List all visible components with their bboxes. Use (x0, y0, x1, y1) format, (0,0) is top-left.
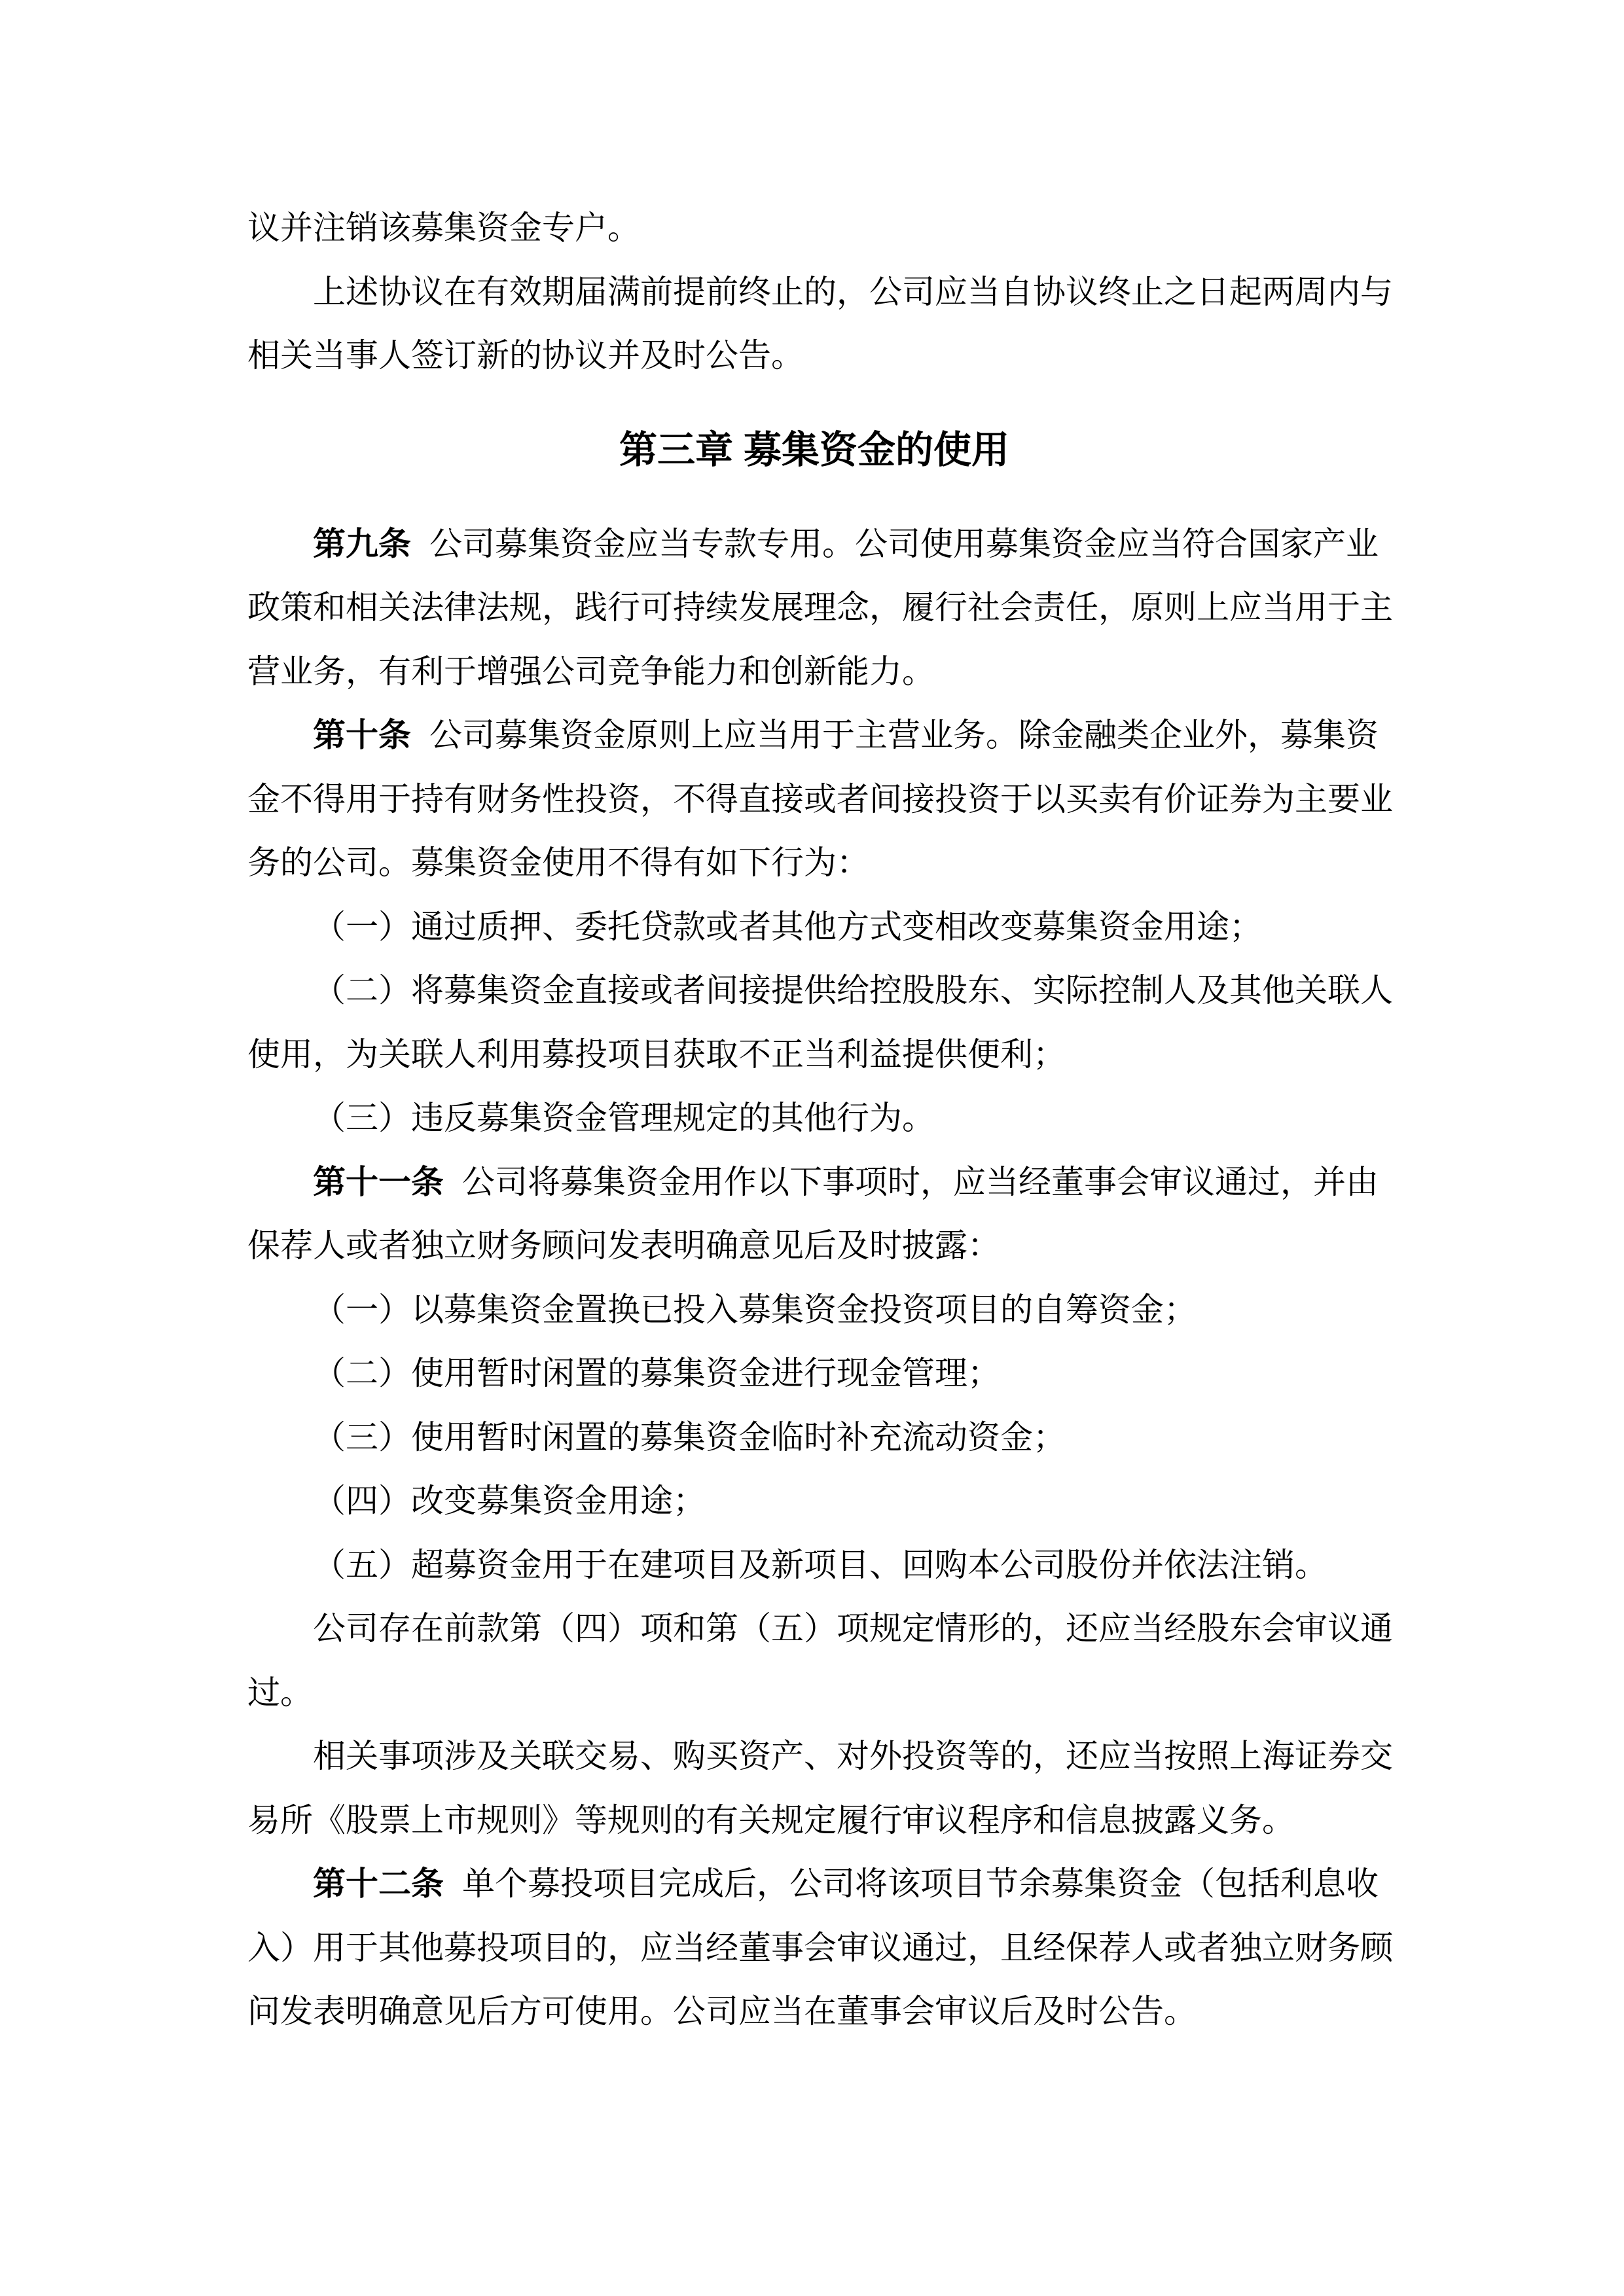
text-line: 务的公司。募集资金使用不得有如下行为： (247, 831, 1381, 895)
text-line: 相关事项涉及关联交易、购买资产、对外投资等的，还应当按照上海证券交 (247, 1725, 1381, 1789)
line-text: （一）以募集资金置换已投入募集资金投资项目的自筹资金； (313, 1291, 1197, 1328)
article-number: 第十一条 (313, 1164, 444, 1200)
line-text: （二）使用暂时闲置的募集资金进行现金管理； (313, 1355, 1000, 1391)
text-line: 相关当事人签订新的协议并及时公告。 (247, 324, 1381, 388)
line-text: 公司将募集资金用作以下事项时，应当经董事会审议通过，并由 (462, 1164, 1379, 1200)
text-line: 第九条公司募集资金应当专款专用。公司使用募集资金应当符合国家产业 (247, 512, 1381, 577)
article-number: 第九条 (313, 526, 411, 562)
text-line: 议并注销该募集资金专户。 (247, 196, 1381, 260)
line-text: 入）用于其他募投项目的，应当经董事会审议通过，且经保荐人或者独立财务顾 (247, 1929, 1393, 1966)
line-text: 问发表明确意见后方可使用。公司应当在董事会审议后及时公告。 (247, 1993, 1197, 2030)
text-line: 公司存在前款第（四）项和第（五）项规定情形的，还应当经股东会审议通 (247, 1597, 1381, 1661)
line-text: 易所《股票上市规则》等规则的有关规定履行审议程序和信息披露义务。 (247, 1802, 1295, 1839)
text-line: 第十二条单个募投项目完成后，公司将该项目节余募集资金（包括利息收 (247, 1852, 1381, 1916)
text-line: 营业务，有利于增强公司竞争能力和创新能力。 (247, 640, 1381, 704)
line-text: （一）通过质押、委托贷款或者其他方式变相改变募集资金用途； (313, 908, 1262, 945)
list-item: （五）超募资金用于在建项目及新项目、回购本公司股份并依法注销。 (247, 1534, 1381, 1598)
line-text: 营业务，有利于增强公司竞争能力和创新能力。 (247, 653, 935, 690)
line-text: 保荐人或者独立财务顾问发表明确意见后及时披露： (247, 1227, 1000, 1264)
text-line: 上述协议在有效期届满前提前终止的，公司应当自协议终止之日起两周内与 (247, 260, 1381, 325)
line-text: 单个募投项目完成后，公司将该项目节余募集资金（包括利息收 (462, 1865, 1379, 1902)
chapter-heading: 第三章 募集资金的使用 (247, 388, 1381, 512)
article-number: 第十二条 (313, 1865, 444, 1902)
text-line: 金不得用于持有财务性投资，不得直接或者间接投资于以买卖有价证券为主要业 (247, 768, 1381, 832)
line-text: （五）超募资金用于在建项目及新项目、回购本公司股份并依法注销。 (313, 1547, 1327, 1583)
line-text: （三）使用暂时闲置的募集资金临时补充流动资金； (313, 1419, 1066, 1456)
document-content: 议并注销该募集资金专户。 上述协议在有效期届满前提前终止的，公司应当自协议终止之… (247, 196, 1381, 2044)
line-text: 相关当事人签订新的协议并及时公告。 (247, 337, 804, 374)
text-line: 入）用于其他募投项目的，应当经董事会审议通过，且经保荐人或者独立财务顾 (247, 1916, 1381, 1981)
line-text: 过。 (247, 1674, 313, 1711)
text-line: 使用，为关联人利用募投项目获取不正当利益提供便利； (247, 1023, 1381, 1087)
line-text: 政策和相关法律法规，践行可持续发展理念，履行社会责任，原则上应当用于主 (247, 589, 1393, 626)
text-line: 过。 (247, 1661, 1381, 1725)
list-item: （二）使用暂时闲置的募集资金进行现金管理； (247, 1342, 1381, 1406)
text-line: 问发表明确意见后方可使用。公司应当在董事会审议后及时公告。 (247, 1980, 1381, 2044)
line-text: 务的公司。募集资金使用不得有如下行为： (247, 844, 869, 881)
article-number: 第十条 (313, 717, 411, 753)
list-item: （三）使用暂时闲置的募集资金临时补充流动资金； (247, 1406, 1381, 1470)
list-item: （二）将募集资金直接或者间接提供给控股股东、实际控制人及其他关联人 (247, 959, 1381, 1023)
text-line: 第十一条公司将募集资金用作以下事项时，应当经董事会审议通过，并由 (247, 1151, 1381, 1215)
line-text: 使用，为关联人利用募投项目获取不正当利益提供便利； (247, 1036, 1066, 1073)
line-text: 公司募集资金应当专款专用。公司使用募集资金应当符合国家产业 (429, 526, 1379, 562)
line-text: 相关事项涉及关联交易、购买资产、对外投资等的，还应当按照上海证券交 (313, 1738, 1393, 1774)
line-text: 公司存在前款第（四）项和第（五）项规定情形的，还应当经股东会审议通 (313, 1610, 1393, 1647)
document-page: 议并注销该募集资金专户。 上述协议在有效期届满前提前终止的，公司应当自协议终止之… (0, 0, 1624, 2296)
list-item: （一）以募集资金置换已投入募集资金投资项目的自筹资金； (247, 1278, 1381, 1342)
list-item: （三）违反募集资金管理规定的其他行为。 (247, 1086, 1381, 1151)
list-item: （一）通过质押、委托贷款或者其他方式变相改变募集资金用途； (247, 895, 1381, 960)
text-line: 第十条公司募集资金原则上应当用于主营业务。除金融类企业外，募集资 (247, 704, 1381, 768)
line-text: （四）改变募集资金用途； (313, 1482, 706, 1519)
list-item: （四）改变募集资金用途； (247, 1469, 1381, 1534)
line-text: 议并注销该募集资金专户。 (247, 209, 640, 246)
line-text: （二）将募集资金直接或者间接提供给控股股东、实际控制人及其他关联人 (313, 972, 1393, 1009)
line-text: 上述协议在有效期届满前提前终止的，公司应当自协议终止之日起两周内与 (313, 274, 1393, 310)
line-text: 公司募集资金原则上应当用于主营业务。除金融类企业外，募集资 (429, 717, 1379, 753)
line-text: 金不得用于持有财务性投资，不得直接或者间接投资于以买卖有价证券为主要业 (247, 781, 1393, 817)
text-line: 政策和相关法律法规，践行可持续发展理念，履行社会责任，原则上应当用于主 (247, 576, 1381, 640)
text-line: 保荐人或者独立财务顾问发表明确意见后及时披露： (247, 1214, 1381, 1278)
line-text: （三）违反募集资金管理规定的其他行为。 (313, 1100, 935, 1136)
text-line: 易所《股票上市规则》等规则的有关规定履行审议程序和信息披露义务。 (247, 1789, 1381, 1853)
